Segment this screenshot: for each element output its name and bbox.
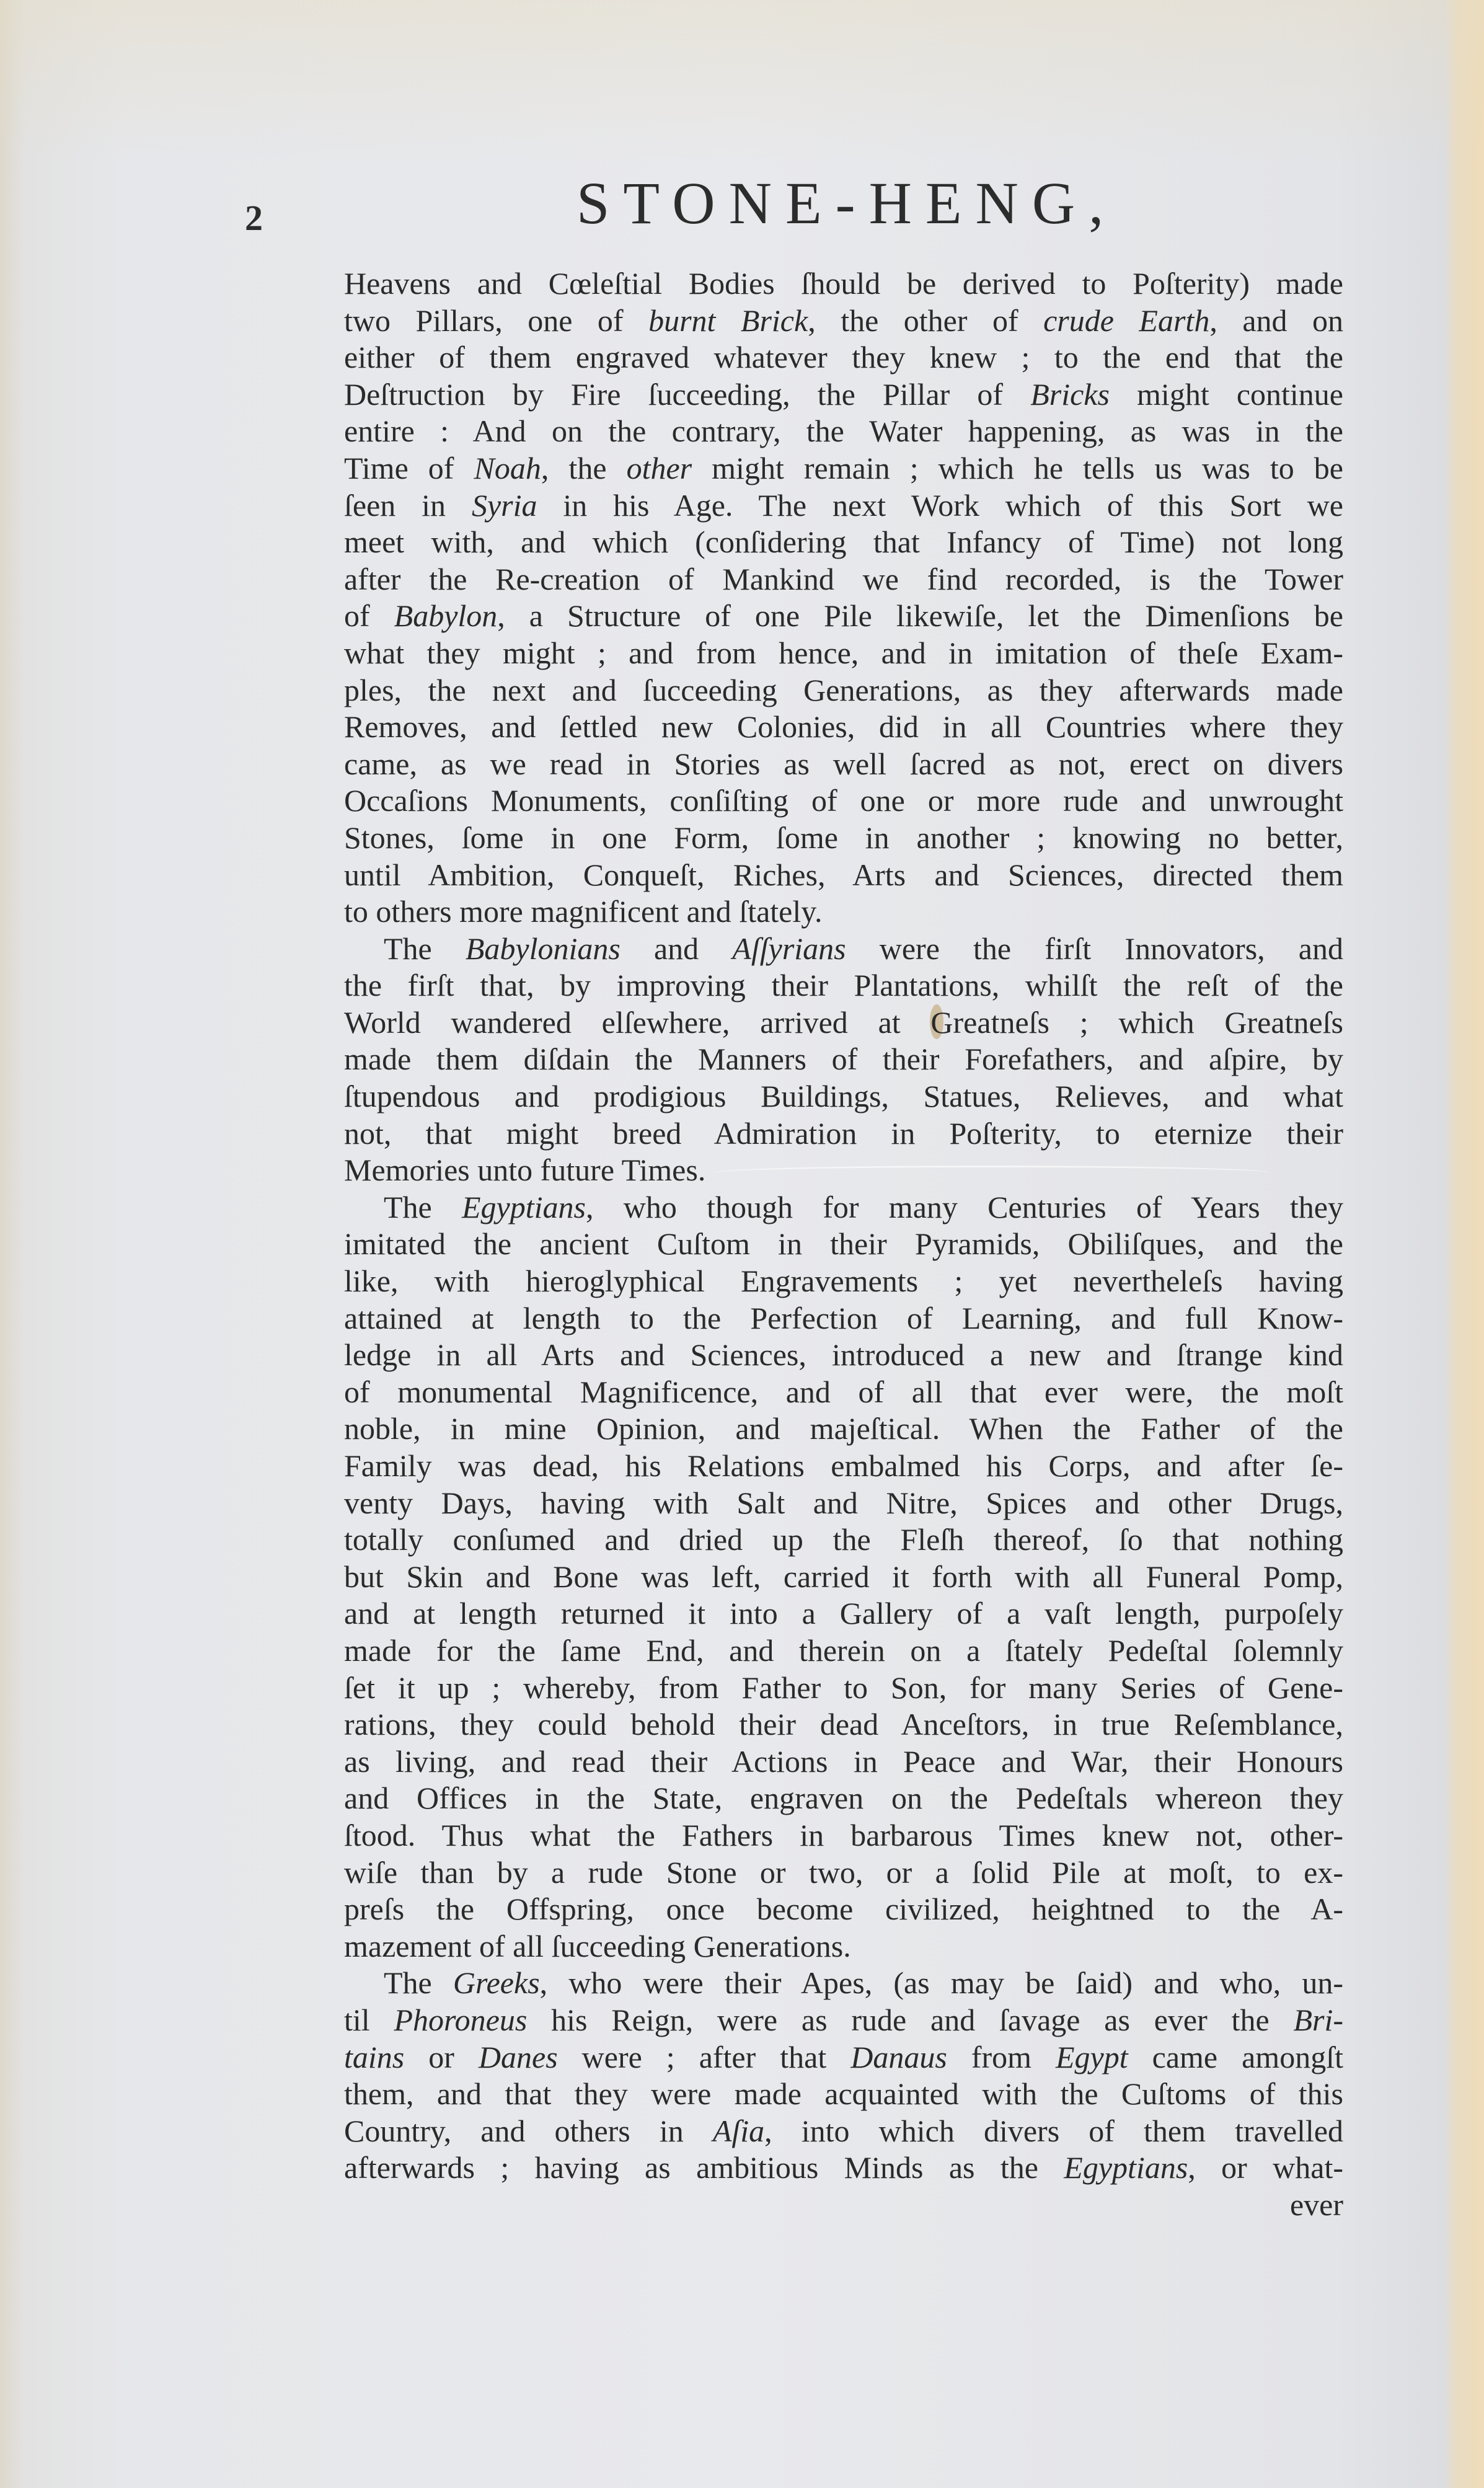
text-run: ſeen in [344, 488, 472, 523]
text-run: what they might ; and from hence, and in… [344, 635, 1343, 670]
italic-term: Aſſyrians [732, 931, 846, 966]
italic-term: Danaus [850, 2040, 947, 2074]
text-run: Deſtruction by Fire ſucceeding, the Pill… [344, 377, 1030, 412]
text-line: what they might ; and from hence, and in… [344, 635, 1343, 672]
text-run: The [384, 1190, 462, 1224]
italic-term: Egypt [1056, 2040, 1128, 2074]
text-line: ſeen in Syria in his Age. The next Work … [344, 487, 1343, 525]
italic-term: tains [344, 2040, 404, 2074]
text-run: ples, the next and ſucceeding Generation… [344, 673, 1343, 707]
text-line: rations, they could behold their dead An… [344, 1706, 1343, 1743]
text-run: entire : And on the contrary, the Water … [344, 414, 1343, 448]
text-run: Time of [344, 451, 474, 485]
italic-term: Syria [472, 488, 537, 523]
text-run: , and on [1209, 303, 1343, 338]
text-line: the firſt that, by improving their Plant… [344, 967, 1343, 1004]
text-line: until Ambition, Conqueſt, Riches, Arts a… [344, 857, 1343, 894]
text-run: as living, and read their Actions in Pea… [344, 1744, 1343, 1779]
text-line: ſet it up ; whereby, from Father to Son,… [344, 1670, 1343, 1707]
text-run: were ; after that [558, 2040, 851, 2074]
text-line: ples, the next and ſucceeding Generation… [344, 672, 1343, 709]
text-line: tains or Danes were ; after that Danaus … [344, 2039, 1343, 2076]
text-line: noble, in mine Opinion, and majeſtical. … [344, 1410, 1343, 1448]
text-line: The Greeks, who were their Apes, (as may… [344, 1965, 1343, 2002]
text-line: and at length returned it into a Gallery… [344, 1595, 1343, 1632]
text-line: Family was dead, his Relations embalmed … [344, 1448, 1343, 1485]
text-run: , the [541, 451, 627, 485]
text-run: The [384, 1965, 453, 2000]
text-run: ledge in all Arts and Sciences, introduc… [344, 1337, 1343, 1372]
text-run: to others more magnificent and ſtately. [344, 894, 823, 929]
italic-term: Phoroneus [394, 2003, 527, 2037]
text-run: of [344, 598, 394, 633]
text-line: afterwards ; having as ambitious Minds a… [344, 2149, 1343, 2187]
text-run: from [947, 2040, 1056, 2074]
text-run: , into which divers of them travelled [764, 2114, 1343, 2148]
text-line: venty Days, having with Salt and Nitre, … [344, 1485, 1343, 1522]
text-run: but Skin and Bone was left, carried it f… [344, 1559, 1343, 1594]
text-line: ſtood. Thus what the Fathers in barbarou… [344, 1817, 1343, 1854]
text-run: Occaſions Monuments, conſiſting of one o… [344, 783, 1343, 818]
text-run: , the other of [808, 303, 1043, 338]
text-run: preſs the Offspring, once become civiliz… [344, 1892, 1343, 1926]
text-run: venty Days, having with Salt and Nitre, … [344, 1485, 1343, 1520]
text-line: meet with, and which (conſidering that I… [344, 524, 1343, 561]
italic-term: crude Earth [1043, 303, 1209, 338]
text-run: them, and that they were made acquainted… [344, 2076, 1343, 2111]
text-line: not, that might breed Admiration in Poſt… [344, 1115, 1343, 1153]
text-run: wiſe than by a rude Stone or two, or a ſ… [344, 1855, 1343, 1890]
italic-term: Babylon [394, 598, 498, 633]
text-run: came, as we read in Stories as well ſacr… [344, 746, 1343, 781]
text-line: preſs the Offspring, once become civiliz… [344, 1891, 1343, 1928]
text-line: but Skin and Bone was left, carried it f… [344, 1559, 1343, 1596]
text-run: two Pillars, one of [344, 303, 648, 338]
text-line: The Egyptians, who though for many Centu… [344, 1189, 1343, 1226]
text-run: made them diſdain the Manners of their F… [344, 1042, 1343, 1076]
text-line: Time of Noah, the other might remain ; w… [344, 450, 1343, 487]
text-run: in his Age. The next Work which of this … [537, 488, 1343, 523]
text-line: The Babylonians and Aſſyrians were the f… [344, 931, 1343, 968]
italic-term: burnt Brick [648, 303, 808, 338]
text-run: Heavens and Cœleſtial Bodies ſhould be d… [344, 266, 1343, 301]
text-line: ledge in all Arts and Sciences, introduc… [344, 1337, 1343, 1374]
text-run: Memories unto future Times. [344, 1153, 705, 1187]
text-run: noble, in mine Opinion, and majeſtical. … [344, 1411, 1343, 1446]
text-run: Removes, and ſettled new Colonies, did i… [344, 709, 1343, 744]
text-run: meet with, and which (conſidering that I… [344, 525, 1343, 559]
text-run: were the firſt Innovators, and [846, 931, 1343, 966]
text-line: like, with hieroglyphical Engravements ;… [344, 1263, 1343, 1300]
running-head-title: STONE-HENG, [576, 169, 1117, 237]
text-line: of Babylon, a Structure of one Pile like… [344, 598, 1343, 635]
text-run: ſtood. Thus what the Fathers in barbarou… [344, 1818, 1343, 1853]
text-run: attained at length to the Perfection of … [344, 1301, 1343, 1335]
text-run: til [344, 2003, 394, 2037]
text-line: attained at length to the Perfection of … [344, 1300, 1343, 1337]
text-run: either of them engraved whatever they kn… [344, 340, 1343, 374]
text-run: mazement of all ſucceeding Generations. [344, 1929, 851, 1963]
text-line: Stones, ſome in one Form, ſome in anothe… [344, 820, 1343, 857]
text-run: , or what- [1188, 2150, 1343, 2185]
text-run: after the Re-creation of Mankind we find… [344, 562, 1343, 596]
text-line: ſtupendous and prodigious Buildings, Sta… [344, 1078, 1343, 1115]
text-run: , a Structure of one Pile likewiſe, let … [497, 598, 1343, 633]
page-number: 2 [245, 197, 263, 239]
text-line: came, as we read in Stories as well ſacr… [344, 746, 1343, 783]
text-run: ſtupendous and prodigious Buildings, Sta… [344, 1079, 1343, 1113]
text-line: Heavens and Cœleſtial Bodies ſhould be d… [344, 265, 1343, 303]
text-run: might continue [1110, 377, 1343, 412]
italic-term: Greeks [453, 1965, 540, 2000]
text-line: Country, and others in Aſia, into which … [344, 2113, 1343, 2150]
text-run: rations, they could behold their dead An… [344, 1707, 1343, 1742]
text-run: , who though for many Centuries of Years… [586, 1190, 1343, 1224]
italic-term: Bri- [1293, 2003, 1343, 2037]
italic-term: Babylonians [466, 931, 621, 966]
text-run: imitated the ancient Cuſtom in their Pyr… [344, 1226, 1343, 1261]
text-line: Removes, and ſettled new Colonies, did i… [344, 709, 1343, 746]
text-run: his Reign, were as rude and ſavage as ev… [527, 2003, 1293, 2037]
italic-term: Noah [474, 451, 541, 485]
text-line: entire : And on the contrary, the Water … [344, 413, 1343, 450]
text-line: of monumental Magnificence, and of all t… [344, 1374, 1343, 1411]
text-run: World wandered elſewhere, arrived at Gre… [344, 1005, 1343, 1040]
text-run: Stones, ſome in one Form, ſome in anothe… [344, 820, 1343, 855]
paper-discoloration [0, 0, 1484, 161]
text-line: to others more magnificent and ſtately. [344, 893, 1343, 931]
text-run: not, that might breed Admiration in Poſt… [344, 1116, 1343, 1151]
text-run: , who were their Apes, (as may be ſaid) … [540, 1965, 1343, 2000]
text-line: Memories unto future Times. [344, 1152, 1343, 1189]
text-run: until Ambition, Conqueſt, Riches, Arts a… [344, 857, 1343, 892]
text-run: ſet it up ; whereby, from Father to Son,… [344, 1670, 1343, 1705]
italic-term: Danes [479, 2040, 558, 2074]
catchword: ever [344, 2187, 1343, 2224]
text-line: mazement of all ſucceeding Generations. [344, 1928, 1343, 1965]
text-run: and [621, 931, 732, 966]
text-line: made them diſdain the Manners of their F… [344, 1041, 1343, 1078]
body-text: Heavens and Cœleſtial Bodies ſhould be d… [344, 265, 1343, 2223]
italic-term: Aſia [713, 2114, 764, 2148]
text-line: after the Re-creation of Mankind we find… [344, 561, 1343, 598]
text-run: came amongſt [1128, 2040, 1343, 2074]
text-run: afterwards ; having as ambitious Minds a… [344, 2150, 1064, 2185]
text-line: wiſe than by a rude Stone or two, or a ſ… [344, 1854, 1343, 1892]
text-line: made for the ſame End, and therein on a … [344, 1632, 1343, 1670]
text-run: of monumental Magnificence, and of all t… [344, 1375, 1343, 1409]
text-line: World wandered elſewhere, arrived at Gre… [344, 1004, 1343, 1042]
text-line: as living, and read their Actions in Pea… [344, 1743, 1343, 1781]
italic-term: Egyptians [1064, 2150, 1188, 2185]
text-run: the firſt that, by improving their Plant… [344, 968, 1343, 1003]
text-run: and Offices in the State, engraven on th… [344, 1781, 1343, 1815]
italic-term: Egyptians [462, 1190, 586, 1224]
italic-term: other [627, 451, 692, 485]
text-line: and Offices in the State, engraven on th… [344, 1780, 1343, 1817]
italic-term: Bricks [1030, 377, 1110, 412]
text-line: Deſtruction by Fire ſucceeding, the Pill… [344, 376, 1343, 414]
text-line: either of them engraved whatever they kn… [344, 339, 1343, 376]
text-run: like, with hieroglyphical Engravements ;… [344, 1264, 1343, 1298]
text-line: totally conſumed and dried up the Fleſh … [344, 1521, 1343, 1559]
text-line: them, and that they were made acquainted… [344, 2076, 1343, 2113]
scanned-page: 2 STONE-HENG, Heavens and Cœleſtial Bodi… [0, 0, 1484, 2488]
text-line: Occaſions Monuments, conſiſting of one o… [344, 782, 1343, 820]
text-run: Country, and others in [344, 2114, 713, 2148]
text-run: made for the ſame End, and therein on a … [344, 1633, 1343, 1668]
text-run: might remain ; which he tells us was to … [692, 451, 1343, 485]
text-run: totally conſumed and dried up the Fleſh … [344, 1522, 1343, 1557]
text-line: two Pillars, one of burnt Brick, the oth… [344, 303, 1343, 340]
text-line: til Phoroneus his Reign, were as rude an… [344, 2002, 1343, 2039]
text-run: or [404, 2040, 479, 2074]
text-run: and at length returned it into a Gallery… [344, 1596, 1343, 1631]
text-run: The [384, 931, 466, 966]
text-run: Family was dead, his Relations embalmed … [344, 1448, 1343, 1483]
text-line: imitated the ancient Cuſtom in their Pyr… [344, 1226, 1343, 1263]
